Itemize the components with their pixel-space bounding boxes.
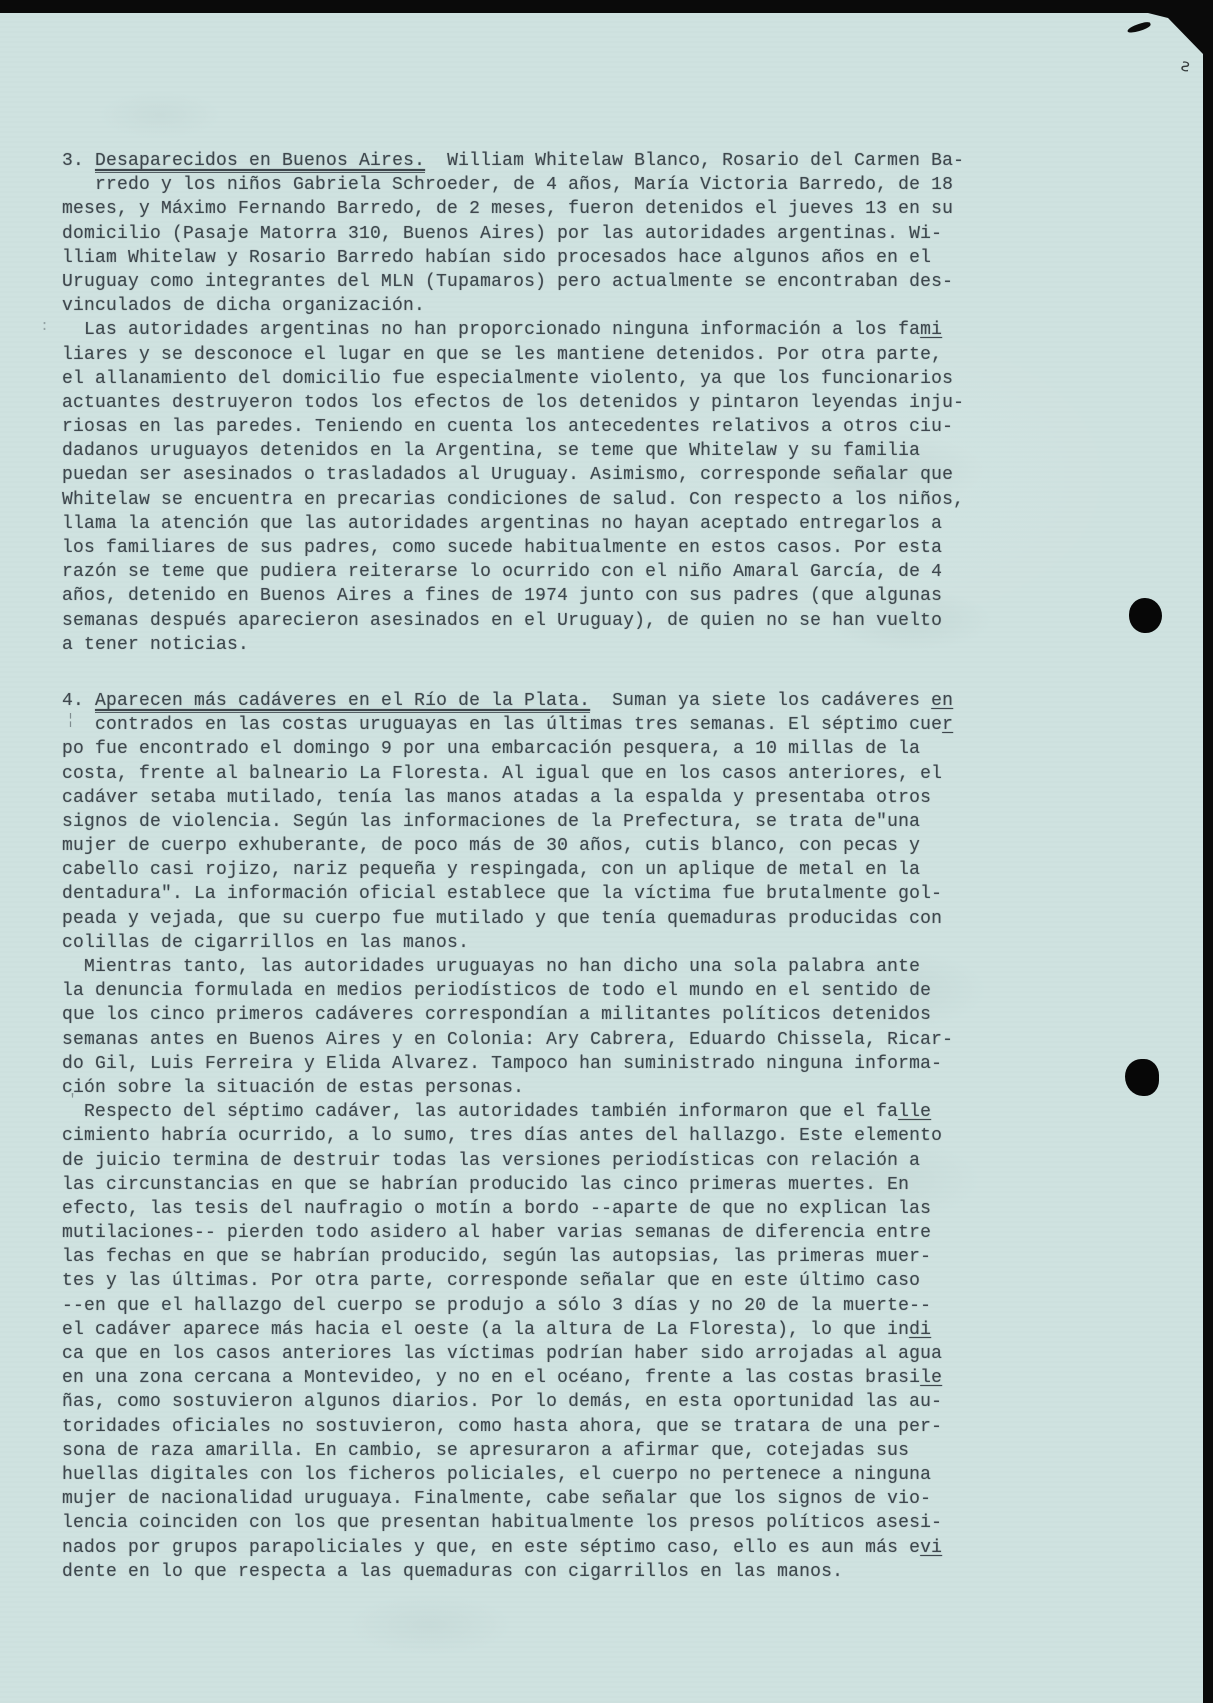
text-segment: en [931, 691, 953, 711]
text-segment: Suman ya siete los cadáveres [590, 691, 931, 711]
text-line: actuantes destruyeron todos los efectos … [62, 391, 1062, 415]
text-line: los familiares de sus padres, como suced… [62, 536, 1062, 560]
text-segment: po fue encontrado el domingo 9 por una e… [62, 739, 920, 759]
text-line: a tener noticias. [62, 633, 1062, 657]
text-line: nados por grupos parapoliciales y que, e… [62, 1536, 1062, 1560]
text-line: --en que el hallazgo del cuerpo se produ… [62, 1294, 1062, 1318]
text-line: de juicio termina de destruir todas las … [62, 1149, 1062, 1173]
text-line: mutilaciones-- pierden todo asidero al h… [62, 1221, 1062, 1245]
text-segment: 3. [62, 151, 95, 171]
text-segment: di [909, 1320, 931, 1340]
text-line: cabello casi rojizo, nariz pequeña y res… [62, 858, 1062, 882]
text-line: Respecto del séptimo cadáver, las autori… [62, 1100, 1062, 1124]
text-segment: mi [920, 320, 942, 340]
text-segment: nados por grupos parapoliciales y que, e… [62, 1538, 920, 1558]
text-segment: el cadáver aparece más hacia el oeste (a… [62, 1320, 909, 1340]
text-segment: costa, frente al balneario La Floresta. … [62, 764, 942, 784]
text-segment: dente en lo que respecta a las quemadura… [62, 1562, 843, 1582]
text-segment: puedan ser asesinados o trasladados al U… [62, 465, 953, 485]
text-segment: huellas digitales con los ficheros polic… [62, 1465, 931, 1485]
paper-sheet: 3. Desaparecidos en Buenos Aires. Willia… [0, 0, 1203, 1703]
text-line: peada y vejada, que su cuerpo fue mutila… [62, 907, 1062, 931]
text-segment: do Gil, Luis Ferreira y Elida Alvarez. T… [62, 1054, 942, 1074]
text-segment: semanas antes en Buenos Aires y en Colon… [62, 1030, 953, 1050]
text-line: 3. Desaparecidos en Buenos Aires. Willia… [62, 149, 1062, 173]
text-segment: domicilio (Pasaje Matorra 310, Buenos Ai… [62, 224, 942, 244]
text-line: semanas después aparecieron asesinados e… [62, 609, 1062, 633]
text-segment: ñas, como sostuvieron algunos diarios. P… [62, 1392, 942, 1412]
text-segment: la denuncia formulada en medios periodís… [62, 981, 931, 1001]
text-segment: llama la atención que las autoridades ar… [62, 514, 942, 534]
text-segment: cadáver setaba mutilado, tenía las manos… [62, 788, 931, 808]
text-segment: toridades oficiales no sostuvieron, como… [62, 1417, 942, 1437]
text-segment: de juicio termina de destruir todas las … [62, 1151, 920, 1171]
text-segment: William Whitelaw Blanco, Rosario del Car… [425, 151, 964, 171]
text-line: lliam Whitelaw y Rosario Barredo habían … [62, 246, 1062, 270]
text-line: lencia coinciden con los que presentan h… [62, 1511, 1062, 1535]
text-segment: lle [898, 1102, 931, 1122]
text-line: años, detenido en Buenos Aires a fines d… [62, 584, 1062, 608]
scanned-page-background: { "document": { "paper_color": "#cfe2e0"… [0, 0, 1213, 1703]
text-line: ca que en los casos anteriores las vícti… [62, 1342, 1062, 1366]
text-segment: dadanos uruguayos detenidos en la Argent… [62, 441, 920, 461]
text-segment: lencia coinciden con los que presentan h… [62, 1513, 942, 1533]
text-line: do Gil, Luis Ferreira y Elida Alvarez. T… [62, 1052, 1062, 1076]
text-segment: mutilaciones-- pierden todo asidero al h… [62, 1223, 931, 1243]
text-segment: vi [920, 1538, 942, 1558]
text-line: dente en lo que respecta a las quemadura… [62, 1560, 1062, 1584]
text-segment: Uruguay como integrantes del MLN (Tupama… [62, 272, 953, 292]
text-segment: sona de raza amarilla. En cambio, se apr… [62, 1441, 909, 1461]
text-segment: cabello casi rojizo, nariz pequeña y res… [62, 860, 920, 880]
text-segment: las circunstancias en que se habrían pro… [62, 1175, 909, 1195]
text-line: dentadura". La información oficial estab… [62, 882, 1062, 906]
text-segment: actuantes destruyeron todos los efectos … [62, 393, 964, 413]
text-line: contrados en las costas uruguayas en las… [62, 713, 1062, 737]
text-segment: riosas en las paredes. Teniendo en cuent… [62, 417, 953, 437]
text-segment: Respecto del séptimo cadáver, las autori… [62, 1102, 898, 1122]
text-segment: las fechas en que se habrían producido, … [62, 1247, 931, 1267]
text-line: vinculados de dicha organización. [62, 294, 1062, 318]
text-line: po fue encontrado el domingo 9 por una e… [62, 737, 1062, 761]
text-line: domicilio (Pasaje Matorra 310, Buenos Ai… [62, 222, 1062, 246]
text-segment: lliam Whitelaw y Rosario Barredo habían … [62, 248, 931, 268]
text-segment: vinculados de dicha organización. [62, 296, 425, 316]
text-segment: ca que en los casos anteriores las vícti… [62, 1344, 942, 1364]
text-line: las fechas en que se habrían producido, … [62, 1245, 1062, 1269]
text-segment: colillas de cigarrillos en las manos. [62, 933, 469, 953]
text-segment: ción sobre la situación de estas persona… [62, 1078, 524, 1098]
text-segment: r [942, 715, 953, 735]
text-segment: mujer de cuerpo exhuberante, de poco más… [62, 836, 920, 856]
text-line: efecto, las tesis del naufragio o motín … [62, 1197, 1062, 1221]
margin-pencil-mark: ' [68, 1092, 77, 1109]
text-line: ción sobre la situación de estas persona… [62, 1076, 1062, 1100]
text-segment: le [920, 1368, 942, 1388]
margin-pencil-mark: : [40, 318, 49, 335]
section-title: Desaparecidos en Buenos Aires. [95, 151, 425, 173]
text-segment: tes y las últimas. Por otra parte, corre… [62, 1271, 920, 1291]
text-segment: Las autoridades argentinas no han propor… [62, 320, 920, 340]
hole-punch-top [1129, 598, 1162, 633]
text-line: dadanos uruguayos detenidos en la Argent… [62, 439, 1062, 463]
text-line: puedan ser asesinados o trasladados al U… [62, 463, 1062, 487]
text-line: la denuncia formulada en medios periodís… [62, 979, 1062, 1003]
text-segment: los familiares de sus padres, como suced… [62, 538, 942, 558]
text-segment: --en que el hallazgo del cuerpo se produ… [62, 1296, 931, 1316]
text-segment: mujer de nacionalidad uruguaya. Finalmen… [62, 1489, 931, 1509]
text-segment: contrados en las costas uruguayas en las… [62, 715, 942, 735]
section-title: Aparecen más cadáveres en el Río de la P… [95, 691, 590, 713]
text-line: cadáver setaba mutilado, tenía las manos… [62, 786, 1062, 810]
text-line: semanas antes en Buenos Aires y en Colon… [62, 1028, 1062, 1052]
text-line: colillas de cigarrillos en las manos. [62, 931, 1062, 955]
text-line: liares y se desconoce el lugar en que se… [62, 343, 1062, 367]
text-segment: en una zona cercana a Montevideo, y no e… [62, 1368, 920, 1388]
text-line: el allanamiento del domicilio fue especi… [62, 367, 1062, 391]
text-line: cimiento habría ocurrido, a lo sumo, tre… [62, 1124, 1062, 1148]
text-line: el cadáver aparece más hacia el oeste (a… [62, 1318, 1062, 1342]
text-line: en una zona cercana a Montevideo, y no e… [62, 1366, 1062, 1390]
text-segment: años, detenido en Buenos Aires a fines d… [62, 586, 942, 606]
text-segment: signos de violencia. Según las informaci… [62, 812, 920, 832]
text-line: mujer de cuerpo exhuberante, de poco más… [62, 834, 1062, 858]
text-segment: efecto, las tesis del naufragio o motín … [62, 1199, 931, 1219]
text-segment: semanas después aparecieron asesinados e… [62, 611, 942, 631]
text-segment: 4. [62, 691, 95, 711]
text-segment: liares y se desconoce el lugar en que se… [62, 345, 942, 365]
text-segment: a tener noticias. [62, 635, 249, 655]
text-line: meses, y Máximo Fernando Barredo, de 2 m… [62, 197, 1062, 221]
text-line: que los cinco primeros cadáveres corresp… [62, 1003, 1062, 1027]
section-4: 4. Aparecen más cadáveres en el Río de l… [62, 689, 1062, 1584]
text-line: ñas, como sostuvieron algunos diarios. P… [62, 1390, 1062, 1414]
document-body: 3. Desaparecidos en Buenos Aires. Willia… [62, 149, 1062, 1584]
hole-punch-bottom [1125, 1059, 1159, 1096]
text-segment: Whitelaw se encuentra en precarias condi… [62, 490, 964, 510]
text-segment: que los cinco primeros cadáveres corresp… [62, 1005, 931, 1025]
text-line: 4. Aparecen más cadáveres en el Río de l… [62, 689, 1062, 713]
text-segment: cimiento habría ocurrido, a lo sumo, tre… [62, 1126, 942, 1146]
text-segment: razón se teme que pudiera reiterarse lo … [62, 562, 942, 582]
section-3: 3. Desaparecidos en Buenos Aires. Willia… [62, 149, 1062, 657]
text-line: razón se teme que pudiera reiterarse lo … [62, 560, 1062, 584]
text-line: llama la atención que las autoridades ar… [62, 512, 1062, 536]
text-line: sona de raza amarilla. En cambio, se apr… [62, 1439, 1062, 1463]
text-line: Whitelaw se encuentra en precarias condi… [62, 488, 1062, 512]
margin-pencil-mark: ¦ [66, 712, 75, 729]
text-line: Las autoridades argentinas no han propor… [62, 318, 1062, 342]
text-segment: el allanamiento del domicilio fue especi… [62, 369, 953, 389]
text-line: rredo y los niños Gabriela Schroeder, de… [62, 173, 1062, 197]
text-line: riosas en las paredes. Teniendo en cuent… [62, 415, 1062, 439]
text-segment: meses, y Máximo Fernando Barredo, de 2 m… [62, 199, 953, 219]
text-line: toridades oficiales no sostuvieron, como… [62, 1415, 1062, 1439]
text-line: mujer de nacionalidad uruguaya. Finalmen… [62, 1487, 1062, 1511]
text-segment: rredo y los niños Gabriela Schroeder, de… [62, 175, 953, 195]
text-line: tes y las últimas. Por otra parte, corre… [62, 1269, 1062, 1293]
text-segment: Mientras tanto, las autoridades uruguaya… [62, 957, 920, 977]
text-segment: dentadura". La información oficial estab… [62, 884, 942, 904]
text-line: huellas digitales con los ficheros polic… [62, 1463, 1062, 1487]
text-line: Mientras tanto, las autoridades uruguaya… [62, 955, 1062, 979]
text-line: Uruguay como integrantes del MLN (Tupama… [62, 270, 1062, 294]
text-segment: peada y vejada, que su cuerpo fue mutila… [62, 909, 942, 929]
text-line: costa, frente al balneario La Floresta. … [62, 762, 1062, 786]
text-line: signos de violencia. Según las informaci… [62, 810, 1062, 834]
text-line: las circunstancias en que se habrían pro… [62, 1173, 1062, 1197]
